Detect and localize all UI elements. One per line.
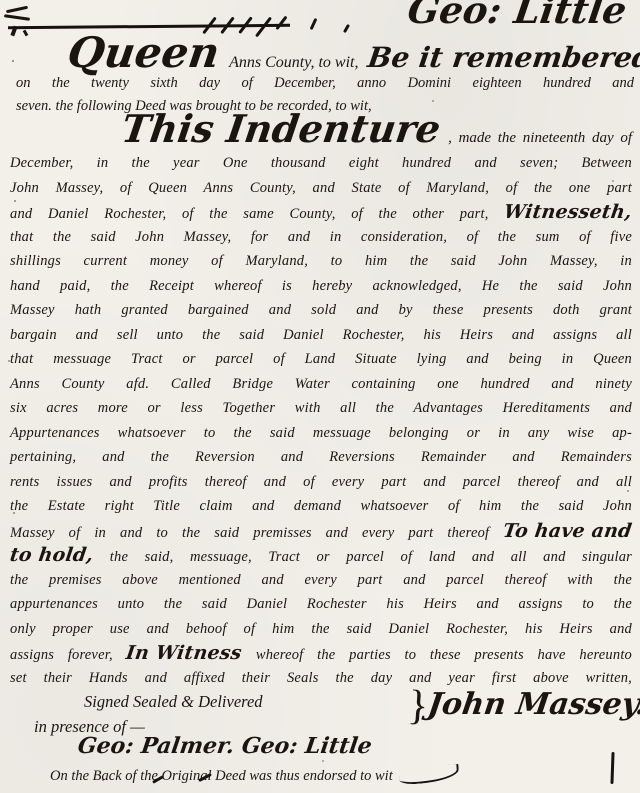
tally-stroke	[238, 16, 253, 34]
deed-body-line: that the said John Massey, for and in co…	[10, 225, 632, 250]
signed-sealed-label: Signed Sealed & Delivered	[84, 692, 263, 712]
deed-body-line: appurtenances unto the said Daniel Roche…	[10, 592, 632, 617]
john-massey-signature: John Massey.	[426, 690, 640, 720]
this-indenture-heading: This Indenture	[119, 110, 442, 148]
deed-body-line: shillings current money of Maryland, to …	[10, 249, 632, 274]
be-it-remembered: Be it remembered	[366, 41, 640, 74]
grantor-signature-block: John Massey.	[428, 690, 640, 720]
deed-body-line: Anns County afd. Called Bridge Water con…	[10, 372, 632, 397]
deed-body-line: Massey of in and to the said premisses a…	[10, 519, 632, 544]
deed-body-line: hand paid, the Receipt whereof is hereby…	[10, 274, 632, 299]
scan-specks	[12, 60, 14, 62]
margin-tick	[610, 752, 614, 784]
deed-body-line: assigns forever, In Witness whereof the …	[10, 641, 632, 666]
county-rest: Anns County, to wit,	[229, 54, 358, 72]
deed-body: December, in the year One thousand eight…	[10, 151, 632, 690]
endorsement-note: On the Back of the Original Deed was thu…	[50, 763, 459, 785]
deed-body-line: Appurtenances whatsoever to the said mes…	[10, 421, 632, 446]
deed-body-line: pertaining, and the Reversion and Revers…	[10, 445, 632, 470]
margin-scribble	[2, 2, 38, 42]
indenture-opening: This Indenture , made the nineteenth day…	[10, 110, 632, 148]
deed-body-line: the Estate right Title claim and demand …	[10, 494, 632, 519]
stray-pen-mark	[310, 18, 318, 30]
recording-caption: Queen Anns County, to wit, Be it remembe…	[68, 34, 634, 74]
opening-continuation: , made the nineteenth day of	[440, 130, 632, 147]
deed-body-line: Massey hath granted bargained and sold a…	[10, 298, 632, 323]
pen-flourish	[398, 764, 459, 785]
deed-body-line: December, in the year One thousand eight…	[10, 151, 632, 176]
closing-brace-flourish: }	[406, 681, 429, 730]
deed-body-line: to hold, the said, messuage, Tract or pa…	[10, 543, 632, 568]
deed-body-line: rents issues and profits thereof and of …	[10, 470, 632, 495]
deed-body-line: only proper use and behoof of him the sa…	[10, 617, 632, 642]
deed-body-line: and Daniel Rochester, of the same County…	[10, 200, 632, 225]
stray-pen-mark	[343, 24, 350, 33]
deed-body-line: John Massey, of Queen Anns County, and S…	[10, 176, 632, 201]
tally-stroke	[275, 16, 287, 31]
deed-body-line: six acres more or less Together with all…	[10, 396, 632, 421]
deed-body-line: that messuage Tract or parcel of Land Si…	[10, 347, 632, 372]
recording-note-line: on the twenty sixth day of December, ann…	[16, 72, 634, 95]
tally-stroke	[220, 16, 235, 34]
deed-body-line: the premises above mentioned and every p…	[10, 568, 632, 593]
witness-signatures: Geo: Palmer. Geo: Little	[76, 733, 373, 759]
county-name: Queen	[65, 34, 221, 72]
endorsement-text: On the Back of the Original Deed was thu…	[50, 768, 393, 785]
scanned-deed-page: Geo: Little Queen Anns County, to wit, B…	[0, 0, 640, 793]
clerk-signature-top: Geo: Little	[405, 0, 628, 29]
deed-body-line: bargain and sell unto the said Daniel Ro…	[10, 323, 632, 348]
